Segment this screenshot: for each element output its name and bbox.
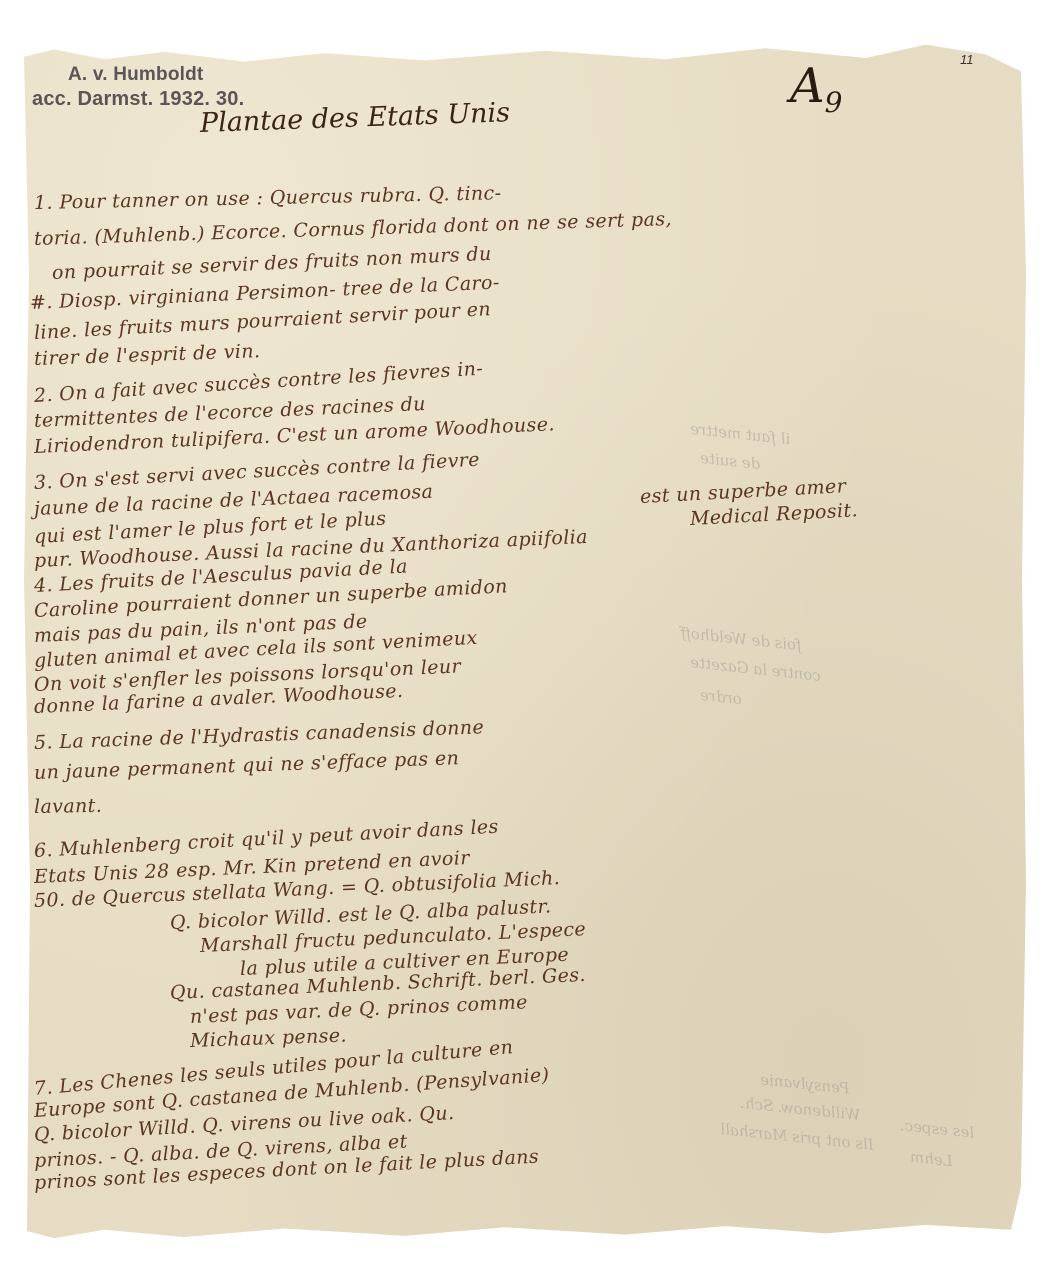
archive-stamp-line1: A. v. Humboldt <box>68 64 203 86</box>
page-number: 11 <box>960 52 974 67</box>
manuscript-line: lavant. <box>34 795 103 818</box>
folio-letter: A <box>790 58 825 114</box>
folio-subscript: 9 <box>825 86 843 119</box>
folio-mark: A9 <box>790 58 843 119</box>
